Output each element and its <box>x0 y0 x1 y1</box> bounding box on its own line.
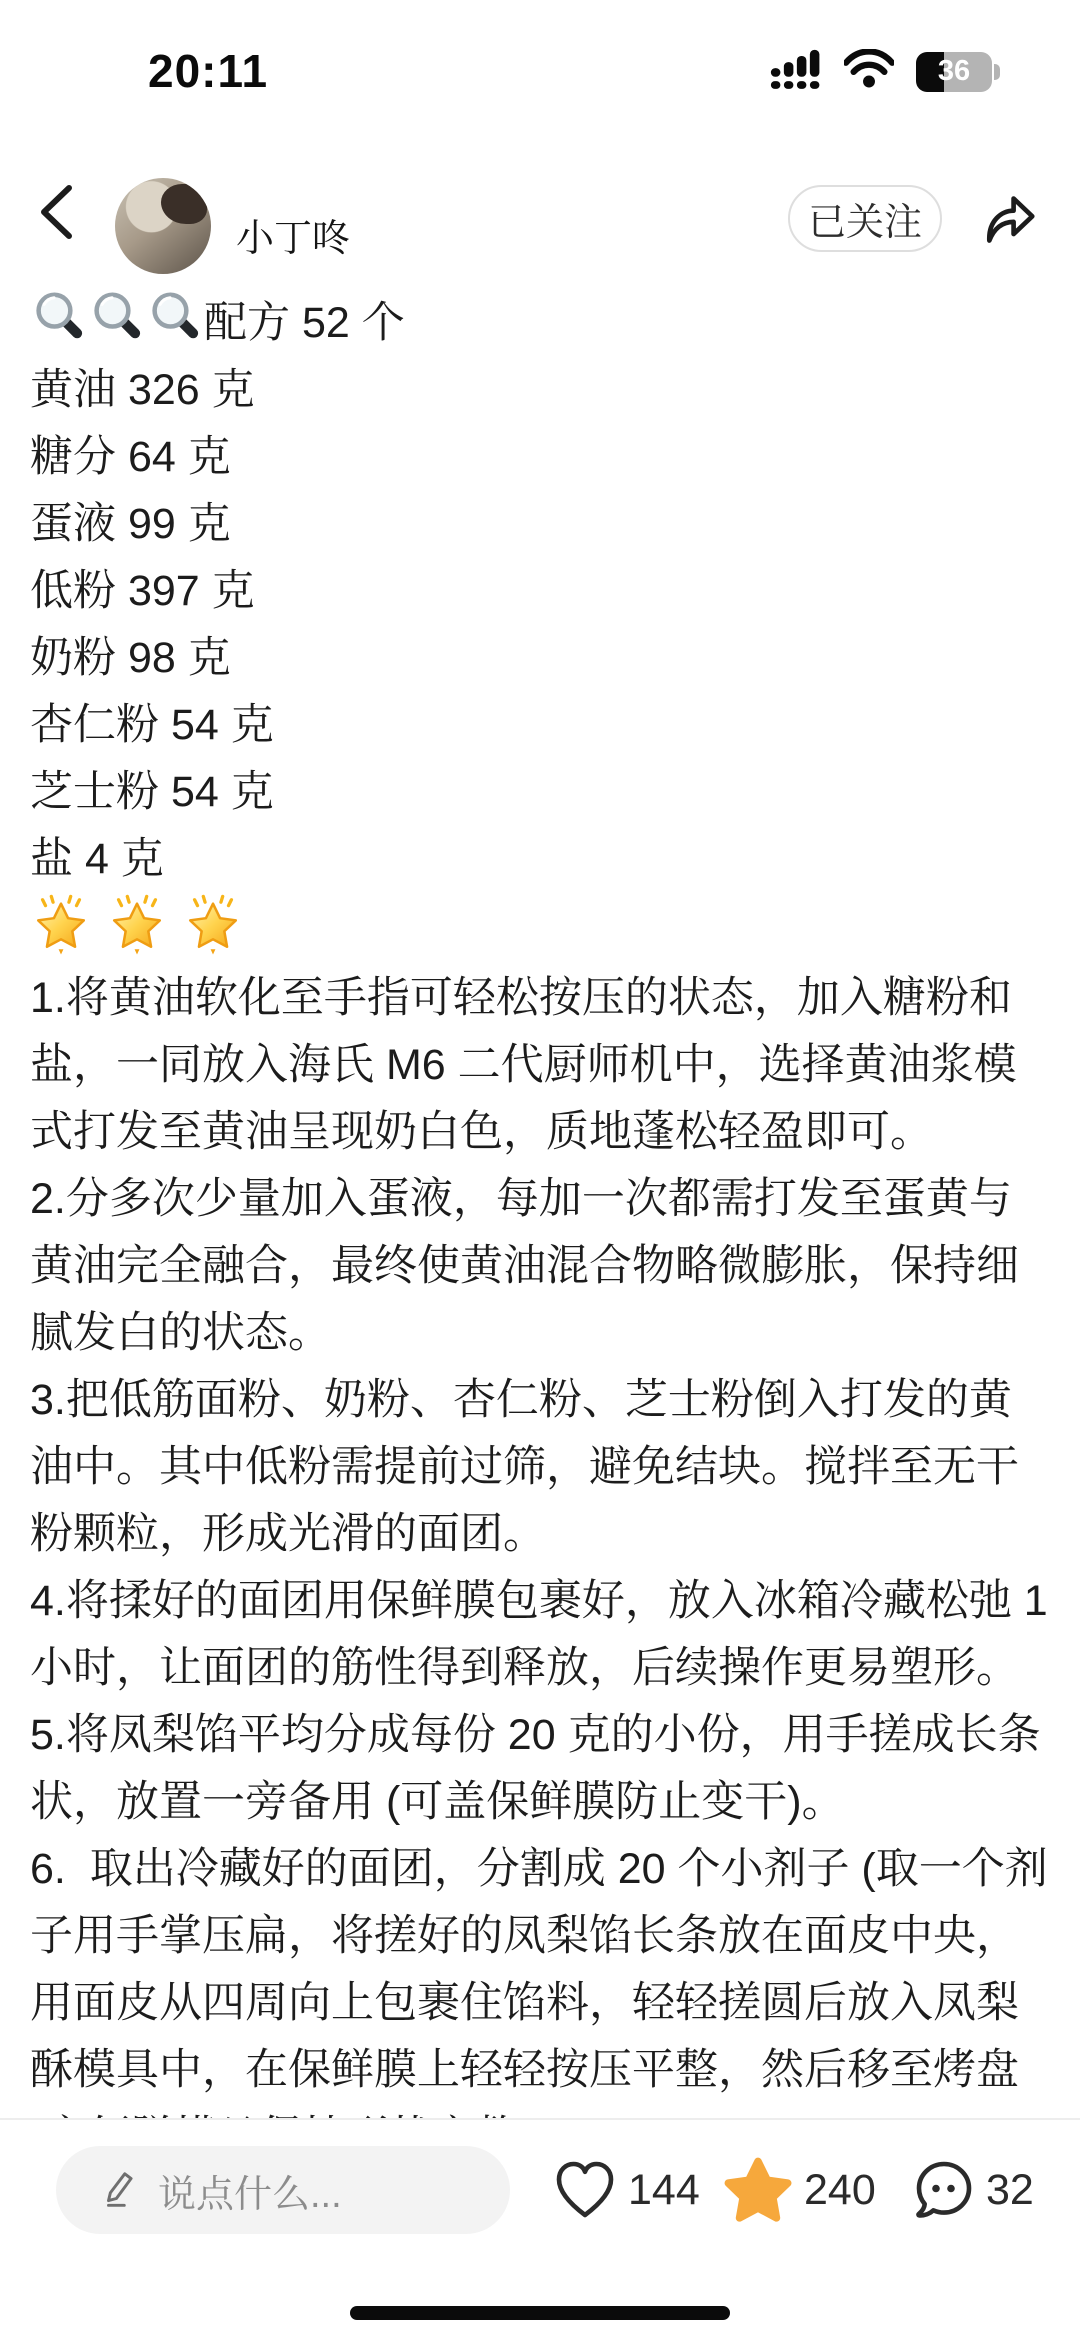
glowing-star-emoji <box>182 893 244 955</box>
magnifying-glass-emoji <box>88 288 146 346</box>
comment-count: 32 <box>986 2166 1034 2215</box>
intro-text: 配方 52 个 <box>204 299 405 347</box>
username[interactable]: 小丁咚 <box>236 207 350 262</box>
ingredient-list: 黄油 326 克糖分 64 克蛋液 99 克低粉 397 克奶粉 98 克杏仁粉… <box>30 357 1052 893</box>
home-indicator[interactable] <box>350 2306 730 2320</box>
step-paragraph: 2.分多次少量加入蛋液，每加一次都需打发至蛋黄与黄油完全融合，最终使黄油混合物略… <box>30 1166 1052 1367</box>
ingredient-line: 糖分 64 克 <box>30 424 1052 491</box>
follow-button[interactable]: 已关注 <box>788 185 942 252</box>
ingredient-line: 芝士粉 54 克 <box>30 759 1052 826</box>
chevron-left-icon <box>44 188 69 236</box>
collect-button[interactable]: 240 <box>722 2146 876 2234</box>
comment-input[interactable]: 说点什么... <box>56 2146 510 2234</box>
ingredient-line: 蛋液 99 克 <box>30 491 1052 558</box>
step-paragraph: 1.将黄油软化至手指可轻松按压的状态，加入糖粉和盐，一同放入海氏 M6 二代厨师… <box>30 965 1052 1166</box>
glowing-star-emoji <box>106 893 168 955</box>
ingredient-line: 低粉 397 克 <box>30 558 1052 625</box>
collect-count: 240 <box>804 2166 876 2215</box>
intro-line: 配方 52 个 <box>30 288 1052 357</box>
step-paragraph: 4.将揉好的面团用保鲜膜包裹好，放入冰箱冷藏松弛 1 小时，让面团的筋性得到释放… <box>30 1568 1052 1702</box>
step-paragraph: 3.把低筋面粉、奶粉、杏仁粉、芝士粉倒入打发的黄油中。其中低粉需提前过筛，避免结… <box>30 1367 1052 1568</box>
bottom-action-bar: 说点什么... 144 240 32 <box>0 2120 1080 2270</box>
glowing-star-emoji <box>30 893 92 955</box>
comment-button[interactable]: 32 <box>912 2146 1034 2234</box>
ingredient-line: 奶粉 98 克 <box>30 625 1052 692</box>
step-list: 1.将黄油软化至手指可轻松按压的状态，加入糖粉和盐，一同放入海氏 M6 二代厨师… <box>30 965 1052 2171</box>
cellular-signal-icon <box>770 48 822 95</box>
glowing-star-icons <box>30 907 258 955</box>
pencil-icon <box>98 2167 140 2214</box>
back-button[interactable] <box>38 184 74 245</box>
comment-placeholder: 说点什么... <box>158 2163 342 2218</box>
ingredient-line: 黄油 326 克 <box>30 357 1052 424</box>
wifi-icon <box>844 49 894 94</box>
status-bar: 20:11 <box>0 0 1080 110</box>
like-count: 144 <box>628 2166 700 2215</box>
battery-icon: 36 <box>916 52 992 92</box>
star-divider-line <box>30 893 1052 965</box>
ingredient-line: 盐 4 克 <box>30 826 1052 893</box>
battery-percent: 36 <box>938 55 970 88</box>
magnifying-glass-emoji <box>146 288 204 346</box>
share-button[interactable] <box>978 192 1038 253</box>
status-icons: 36 <box>770 48 992 95</box>
share-arrow-icon <box>978 192 1038 248</box>
star-icon <box>722 2156 794 2224</box>
step-paragraph: 5.将凤梨馅平均分成每份 20 克的小份，用手搓成长条状，放置一旁备用 (可盖保… <box>30 1702 1052 1836</box>
like-button[interactable]: 144 <box>552 2146 700 2234</box>
heart-icon <box>552 2160 618 2220</box>
magnifying-glass-icons <box>30 299 204 347</box>
post-body: 配方 52 个 黄油 326 克糖分 64 克蛋液 99 克低粉 397 克奶粉… <box>30 288 1052 2171</box>
status-time: 20:11 <box>148 44 268 98</box>
magnifying-glass-emoji <box>30 288 88 346</box>
avatar[interactable] <box>115 178 211 274</box>
speech-bubble-icon <box>912 2159 976 2221</box>
ingredient-line: 杏仁粉 54 克 <box>30 692 1052 759</box>
